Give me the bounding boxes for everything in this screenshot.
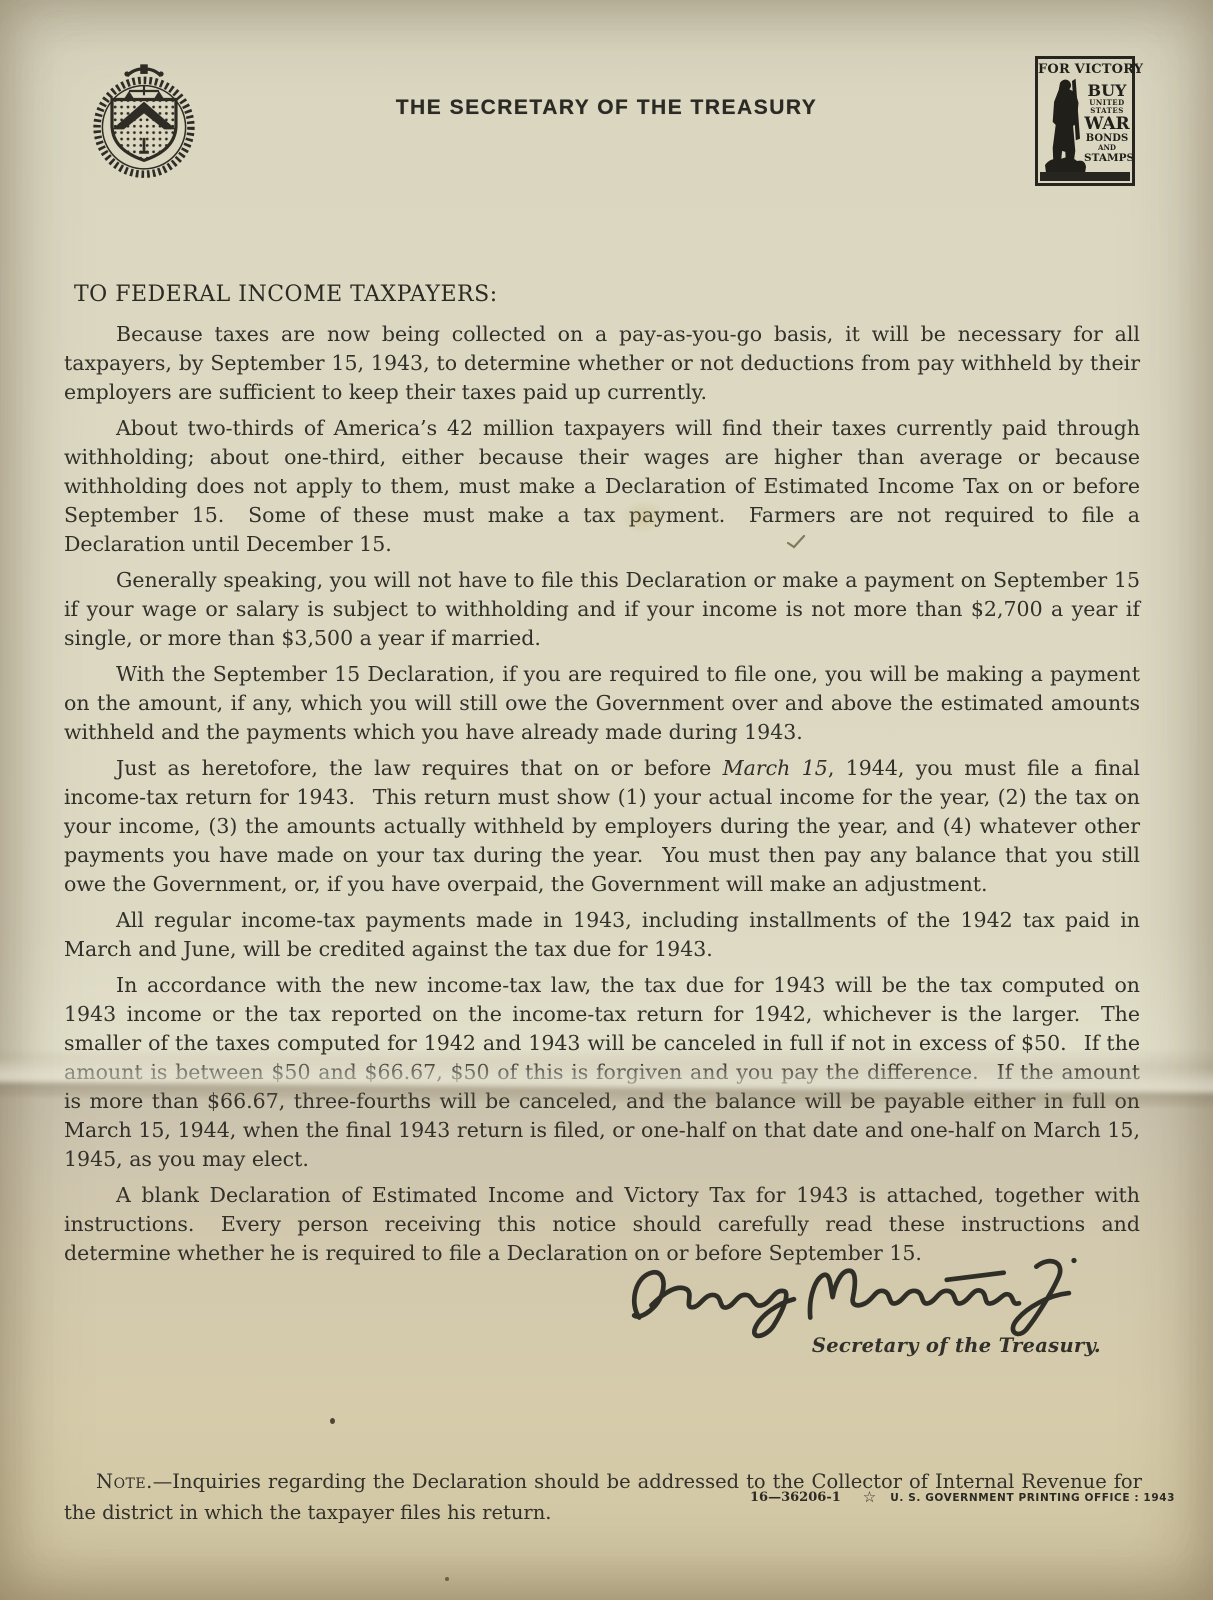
- signer-title: Secretary of the Treasury.: [812, 1334, 1101, 1357]
- gpo-imprint: 16—36206-1☆U. S. GOVERNMENT PRINTING OFF…: [750, 1486, 1175, 1505]
- signature: Henry Morgenthau Jr.: [618, 1232, 1082, 1344]
- ink-speck: [330, 1418, 335, 1424]
- letter-page: THE SECRETARY OF THE TREASURY FOR VICTOR…: [0, 0, 1213, 1600]
- masthead-title: THE SECRETARY OF THE TREASURY: [0, 96, 1213, 120]
- stamp-slogan: BUY UNITED STATES WAR BONDS AND STAMPS: [1084, 82, 1130, 164]
- stamp-line-buy: BUY: [1084, 82, 1130, 99]
- gpo-office-line: U. S. GOVERNMENT PRINTING OFFICE : 1943: [890, 1492, 1175, 1504]
- ink-speck: [445, 1577, 449, 1581]
- paragraph-1: Because taxes are now being collected on…: [64, 320, 1140, 407]
- signature-script-icon: [618, 1232, 1082, 1344]
- star-icon: ☆: [863, 1488, 876, 1506]
- pen-mark: [786, 534, 806, 550]
- treasury-seal-icon: [80, 56, 208, 190]
- minuteman-statue-icon: [1039, 76, 1089, 178]
- paragraph-5-italic-date: March 15: [723, 756, 828, 780]
- footnote-label: Note.: [96, 1470, 153, 1493]
- war-bonds-stamp: FOR VICTORY BUY UNITED STATES WAR BONDS …: [1035, 56, 1135, 186]
- stamp-base-bar: [1040, 172, 1130, 181]
- letter-body: Because taxes are now being collected on…: [64, 320, 1140, 1275]
- paragraph-3: Generally speaking, you will not have to…: [64, 566, 1140, 653]
- paragraph-5: Just as heretofore, the law requires tha…: [64, 754, 1140, 899]
- print-code: 16—36206-1: [750, 1490, 841, 1505]
- paragraph-5-pre: Just as heretofore, the law requires tha…: [116, 756, 723, 780]
- stamp-line-war: WAR: [1084, 115, 1130, 133]
- paragraph-6: All regular income-tax payments made in …: [64, 906, 1140, 964]
- paragraph-2: About two-thirds of America’s 42 million…: [64, 414, 1140, 559]
- salutation: TO FEDERAL INCOME TAXPAYERS:: [74, 282, 498, 307]
- stamp-top-text: FOR VICTORY: [1038, 62, 1132, 77]
- stamp-line-stamps: STAMPS: [1084, 152, 1130, 164]
- paper-stain: [620, 500, 666, 534]
- paragraph-4: With the September 15 Declaration, if yo…: [64, 660, 1140, 747]
- stamp-line-and: AND: [1084, 144, 1130, 152]
